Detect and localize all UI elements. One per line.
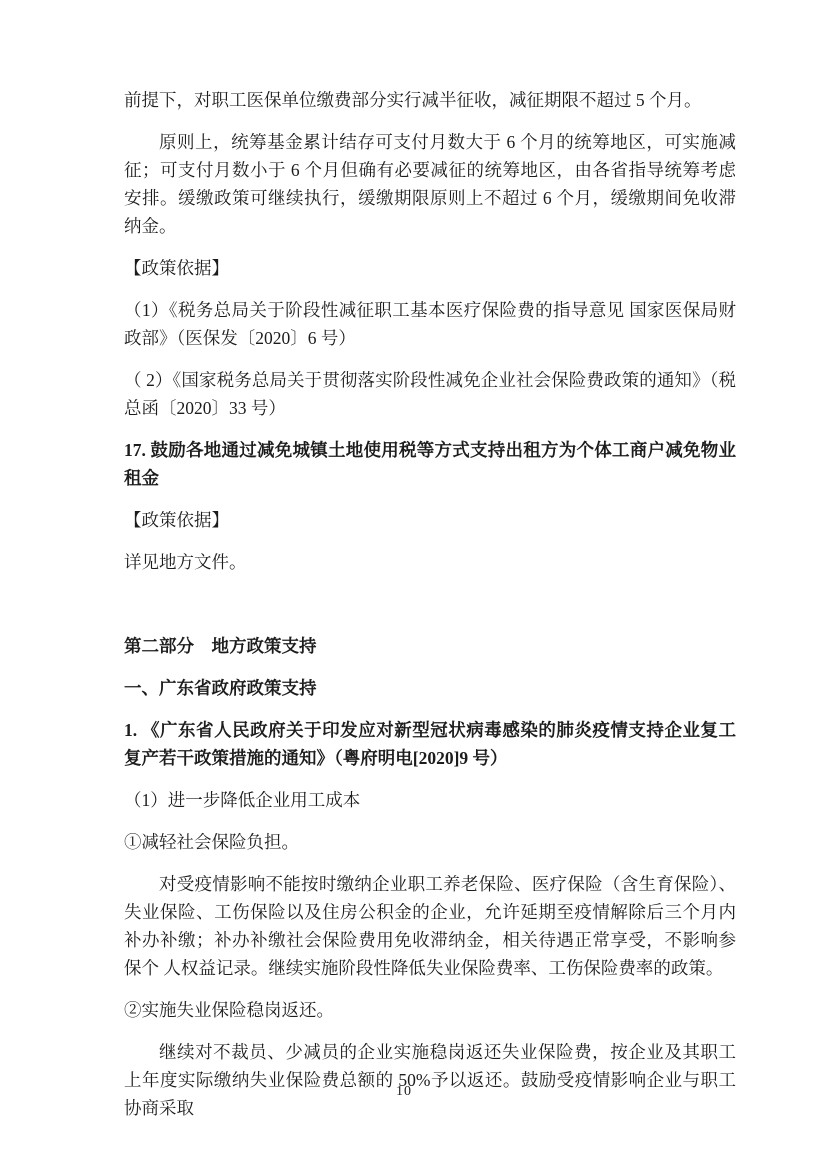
page-number: 10: [396, 1084, 412, 1099]
item-circled-2: ②实施失业保险稳岗返还。: [124, 996, 736, 1024]
paragraph-body: 对受疫情影响不能按时缴纳企业职工养老保险、医疗保险（含生育保险）、 失业保险、工…: [124, 870, 736, 982]
paragraph-body: 详见地方文件。: [124, 548, 736, 576]
paragraph-body-continuation: 前提下，对职工医保单位缴费部分实行减半征收，减征期限不超过 5 个月。: [124, 86, 736, 114]
clause-heading-1: （1）进一步降低企业用工成本: [124, 786, 736, 814]
paragraph-body: 原则上，统筹基金累计结存可支付月数大于 6 个月的统筹地区，可实施减征；可支付月…: [124, 128, 736, 240]
policy-basis-label: 【政策依据】: [124, 254, 736, 282]
document-content: 前提下，对职工医保单位缴费部分实行减半征收，减征期限不超过 5 个月。 原则上，…: [124, 86, 736, 1122]
subsection-heading-guangdong: 一、广东省政府政策支持: [124, 674, 736, 702]
measure-heading-17: 17. 鼓励各地通过减免城镇土地使用税等方式支持出租方为个体工商户减免物业租金: [124, 436, 736, 492]
part-2-section-heading: 第二部分 地方政策支持: [124, 632, 736, 660]
page-footer: 10: [0, 1082, 808, 1100]
item-circled-1: ①减轻社会保险负担。: [124, 828, 736, 856]
policy-reference-item-2: （ 2）《国家税务总局关于贯彻落实阶段性减免企业社会保险费政策的通知》（税总函〔…: [124, 366, 736, 422]
document-page: 前提下，对职工医保单位缴费部分实行减半征收，减征期限不超过 5 个月。 原则上，…: [0, 0, 827, 1170]
policy-reference-item-1: （1）《税务总局关于阶段性减征职工基本医疗保险费的指导意见 国家医保局财政部》（…: [124, 296, 736, 352]
policy-basis-label: 【政策依据】: [124, 506, 736, 534]
paragraph-body: 继续对不裁员、少减员的企业实施稳岗返还失业保险费，按企业及其职工上年度实际缴纳失…: [124, 1038, 736, 1122]
policy-document-heading-1: 1. 《广东省人民政府关于印发应对新型冠状病毒感染的肺炎疫情支持企业复工复产若干…: [124, 716, 736, 772]
